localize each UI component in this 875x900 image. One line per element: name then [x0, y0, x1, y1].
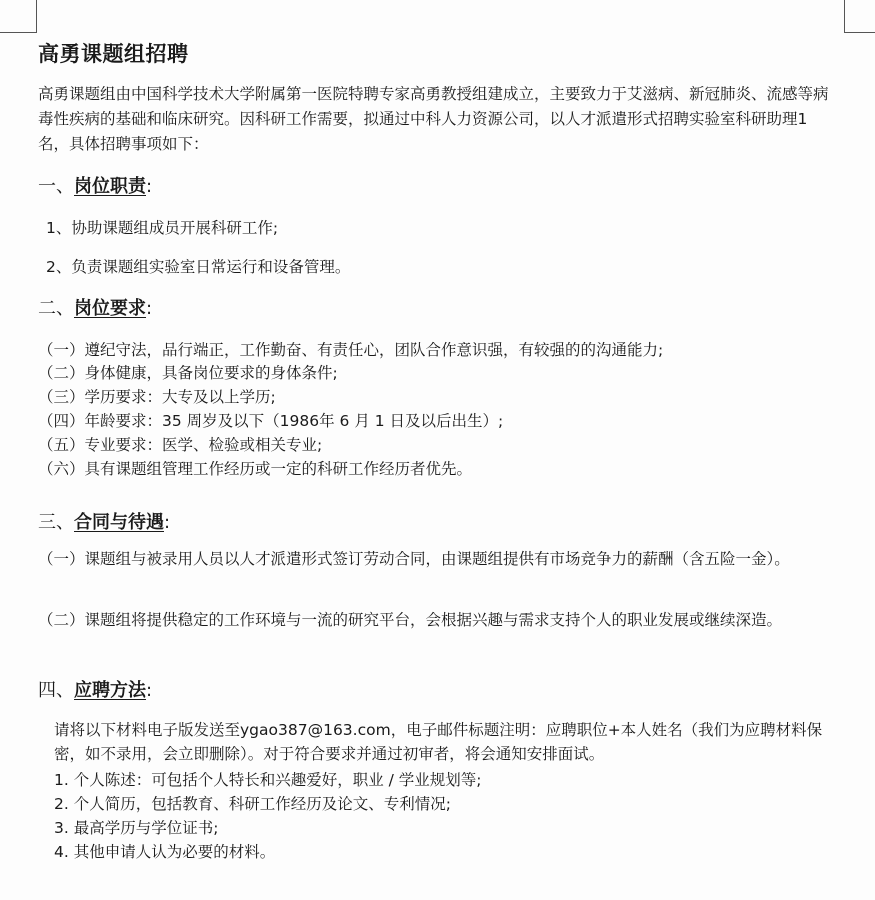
section-title: 合同与待遇 [74, 512, 164, 533]
requirement-item: （五）专业要求：医学、检验或相关专业; [38, 433, 322, 455]
material-item: 1. 个人陈述：可包括个人特长和兴趣爱好，职业 / 学业规划等; [54, 768, 482, 790]
section-heading-duties: 一、岗位职责: [38, 172, 152, 198]
section-number: 一、 [38, 176, 74, 197]
section-colon: : [146, 298, 152, 319]
material-item: 3. 最高学历与学位证书; [54, 816, 218, 838]
intro-paragraph: 高勇课题组由中国科学技术大学附属第一医院特聘专家高勇教授组建成立，主要致力于艾滋… [38, 82, 838, 157]
requirement-item: （二）身体健康，具备岗位要求的身体条件; [38, 361, 338, 383]
section-number: 四、 [38, 680, 74, 701]
material-item: 2. 个人简历，包括教育、科研工作经历及论文、专利情况; [54, 792, 451, 814]
section-colon: : [164, 512, 170, 533]
section-colon: : [146, 680, 152, 701]
section-heading-contract: 三、合同与待遇: [38, 508, 170, 534]
page-corner-mark-top-right [844, 0, 875, 33]
requirement-item: （四）年龄要求：35 周岁及以下（1986年 6 月 1 日及以后出生）; [38, 409, 503, 431]
contract-item: （一）课题组与被录用人员以人才派遣形式签订劳动合同，由课题组提供有市场竞争力的薪… [38, 547, 875, 572]
material-item: 4. 其他申请人认为必要的材料。 [54, 840, 275, 862]
duty-item: 2、负责课题组实验室日常运行和设备管理。 [46, 255, 350, 277]
requirement-item: （三）学历要求：大专及以上学历; [38, 385, 276, 407]
contract-item: （二）课题组将提供稳定的工作环境与一流的研究平台，会根据兴趣与需求支持个人的职业… [38, 608, 875, 633]
section-title: 应聘方法 [74, 680, 146, 701]
section-colon: : [146, 176, 152, 197]
page-corner-mark-top-left [0, 0, 37, 33]
requirement-item: （六）具有课题组管理工作经历或一定的科研工作经历者优先。 [38, 457, 472, 479]
requirement-item: （一）遵纪守法，品行端正，工作勤奋、有责任心，团队合作意识强，有较强的的沟通能力… [38, 338, 663, 360]
section-heading-requirements: 二、岗位要求: [38, 294, 152, 320]
section-number: 三、 [38, 512, 74, 533]
document-title: 高勇课题组招聘 [38, 38, 189, 68]
duty-item: 1、协助课题组成员开展科研工作; [46, 216, 278, 238]
section-title: 岗位要求 [74, 298, 146, 319]
section-heading-application: 四、应聘方法: [38, 676, 152, 702]
section-title: 岗位职责 [74, 176, 146, 197]
section-number: 二、 [38, 298, 74, 319]
application-instructions: 请将以下材料电子版发送至ygao387@163.com，电子邮件标题注明：应聘职… [54, 718, 836, 766]
